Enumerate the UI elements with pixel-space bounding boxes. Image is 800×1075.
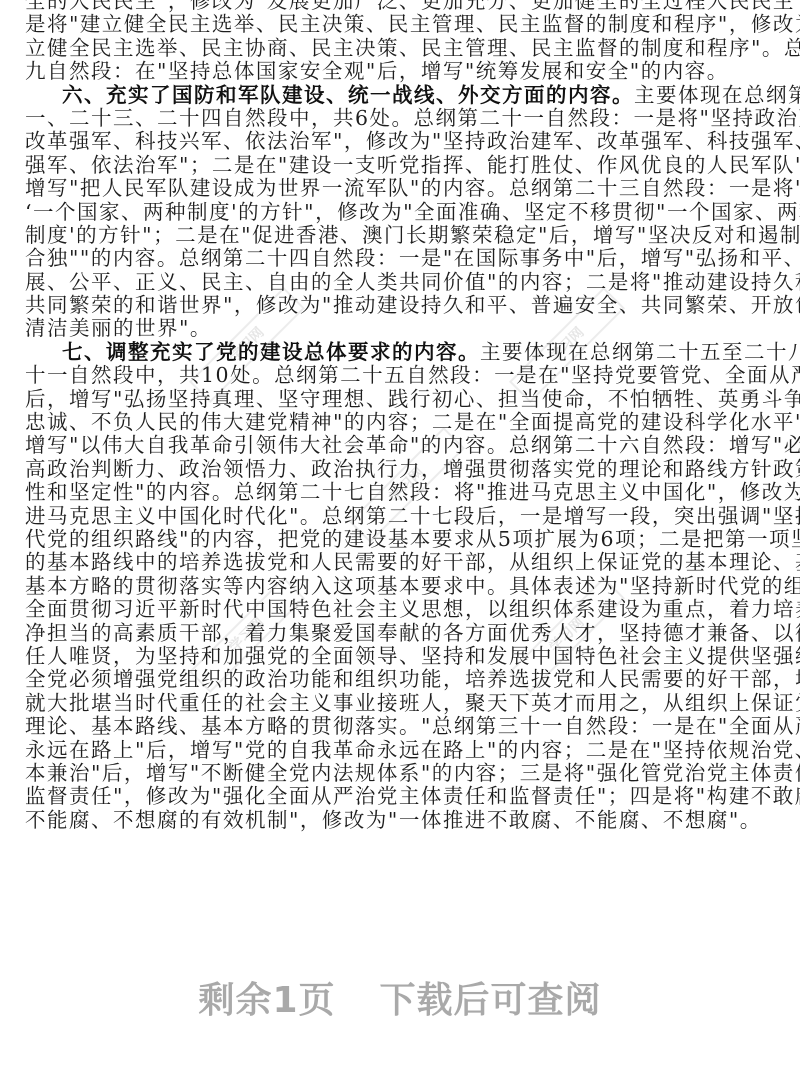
section-6-first-line: 六、充实了国防和军队建设、统一战线、外交方面的内容。主要体现在总纲第二十 <box>25 84 777 107</box>
text-line: 清洁美丽的世界"。 <box>25 317 777 340</box>
text-line: 一、二十三、二十四自然段中，共6处。总纲第二十一自然段：一是将"坚持政治建军、 <box>25 107 777 130</box>
text-line: 理论、基本路线、基本方略的贯彻落实。"总纲第三十一自然段：一是在"全面从严治党 <box>25 715 777 738</box>
section-7-heading: 七、调整充实了党的建设总体要求的内容。 <box>62 340 480 364</box>
document-page: 全的人民民主"，修改为"发展更加广泛、更加充分、更加健全的全过程人民民主"；二 … <box>25 0 777 832</box>
text-line: 合独""的内容。总纲第二十四自然段：一是"在国际事务中"后，增写"弘扬和平、发 <box>25 247 777 270</box>
text-line: 制度'的方针"；二是在"促进香港、澳门长期繁荣稳定"后，增写"坚决反对和遏制" <box>25 224 777 247</box>
text-line: 增写"把人民军队建设成为世界一流军队"的内容。总纲第二十三自然段：一是将"按照 <box>25 177 777 200</box>
text-line: 性和坚定性"的内容。总纲第二十七自然段：将"推进马克思主义中国化"，修改为"推 <box>25 481 777 504</box>
section-7-intro: 主要体现在总纲第二十五至二十八和三 <box>480 340 800 364</box>
download-to-read-banner[interactable]: 剩余1页下载后可查阅 <box>0 972 800 1023</box>
text-line: 永远在路上"后，增写"党的自我革命永远在路上"的内容；二是在"坚持依规治党、标 <box>25 739 777 762</box>
text-line: 全的人民民主"，修改为"发展更加广泛、更加充分、更加健全的全过程人民民主"；二 <box>25 0 777 13</box>
text-line: 共同繁荣的和谐世界"，修改为"推动建设持久和平、普遍安全、共同繁荣、开放包容、 <box>25 294 777 317</box>
text-line: 监督责任"，修改为"强化全面从严治党主体责任和监督责任"；四是将"构建不敢腐、 <box>25 785 777 808</box>
text-line: 九自然段：在"坚持总体国家安全观"后，增写"统筹发展和安全"的内容。 <box>25 60 777 83</box>
text-line: 进马克思主义中国化时代化"。总纲第二十七段后，一是增写一段，突出强调"坚持新时 <box>25 505 777 528</box>
text-line: 立健全民主选举、民主协商、民主决策、民主管理、民主监督的制度和程序"。总纲第十 <box>25 37 777 60</box>
text-line: 基本方略的贯彻落实等内容纳入这项基本要求中。具体表述为"坚持新时代党的组织路线。 <box>25 575 777 598</box>
section-6-intro: 主要体现在总纲第二十 <box>634 83 800 107</box>
text-line: 全面贯彻习近平新时代中国特色社会主义思想，以组织体系建设为重点，着力培养忠诚干 <box>25 598 777 621</box>
text-line: 强军、依法治军"；二是在"建设一支听党指挥、能打胜仗、作风优良的人民军队"后， <box>25 154 777 177</box>
text-line: 展、公平、正义、民主、自由的全人类共同价值"的内容；二是将"推动建设持久和平、 <box>25 271 777 294</box>
text-line: 增写"以伟大自我革命引领伟大社会革命"的内容。总纲第二十六自然段：增写"必须提 <box>25 434 777 457</box>
section-6-heading: 六、充实了国防和军队建设、统一战线、外交方面的内容。 <box>62 83 634 107</box>
text-line: ‘一个国家、两种制度'的方针"，修改为"全面准确、坚定不移贯彻"一个国家、两种 <box>25 201 777 224</box>
text-line: 十一自然段中，共10处。总纲第二十五自然段：一是在"坚持党要管党、全面从严治党" <box>25 364 777 387</box>
text-line: 后，增写"弘扬坚持真理、坚守理想、践行初心、担当使命，不怕牺牲、英勇斗争、对党 <box>25 388 777 411</box>
text-line: 本兼治"后，增写"不断健全党内法规体系"的内容；三是将"强化管党治党主体责任和 <box>25 762 777 785</box>
section-7-first-line: 七、调整充实了党的建设总体要求的内容。主要体现在总纲第二十五至二十八和三 <box>25 341 777 364</box>
text-line: 高政治判断力、政治领悟力、政治执行力，增强贯彻落实党的理论和路线方针政策的自觉 <box>25 458 777 481</box>
text-line: 就大批堪当时代重任的社会主义事业接班人，聚天下英才而用之，从组织上保证党的基本 <box>25 692 777 715</box>
text-line: 代党的组织路线"的内容，把党的建设基本要求从5项扩展为6项；二是把第一项坚持党 <box>25 528 777 551</box>
remaining-pages-label[interactable]: 剩余1页 <box>198 980 335 1021</box>
text-line: 不能腐、不想腐的有效机制"，修改为"一体推进不敢腐、不能腐、不想腐"。 <box>25 809 777 832</box>
text-line: 净担当的高素质干部，着力集聚爱国奉献的各方面优秀人才，坚持德才兼备、以德为先、 <box>25 622 777 645</box>
text-line: 全党必须增强党组织的政治功能和组织功能，培养选拔党和人民需要的好干部，培养和造 <box>25 668 777 691</box>
download-prompt-label[interactable]: 下载后可查阅 <box>380 980 602 1021</box>
text-line: 任人唯贤，为坚持和加强党的全面领导、坚持和发展中国特色社会主义提供坚强组织保证。 <box>25 645 777 668</box>
text-line: 是将"建立健全民主选举、民主决策、民主管理、民主监督的制度和程序"，修改为"建 <box>25 13 777 36</box>
text-line: 忠诚、不负人民的伟大建党精神"的内容；二是在"全面提高党的建设科学化水平"后， <box>25 411 777 434</box>
text-line: 的基本路线中的培养选拔党和人民需要的好干部，从组织上保证党的基本理论、基本路线、 <box>25 551 777 574</box>
text-line: 改革强军、科技兴军、依法治军"，修改为"坚持政治建军、改革强军、科技强军、人才 <box>25 130 777 153</box>
